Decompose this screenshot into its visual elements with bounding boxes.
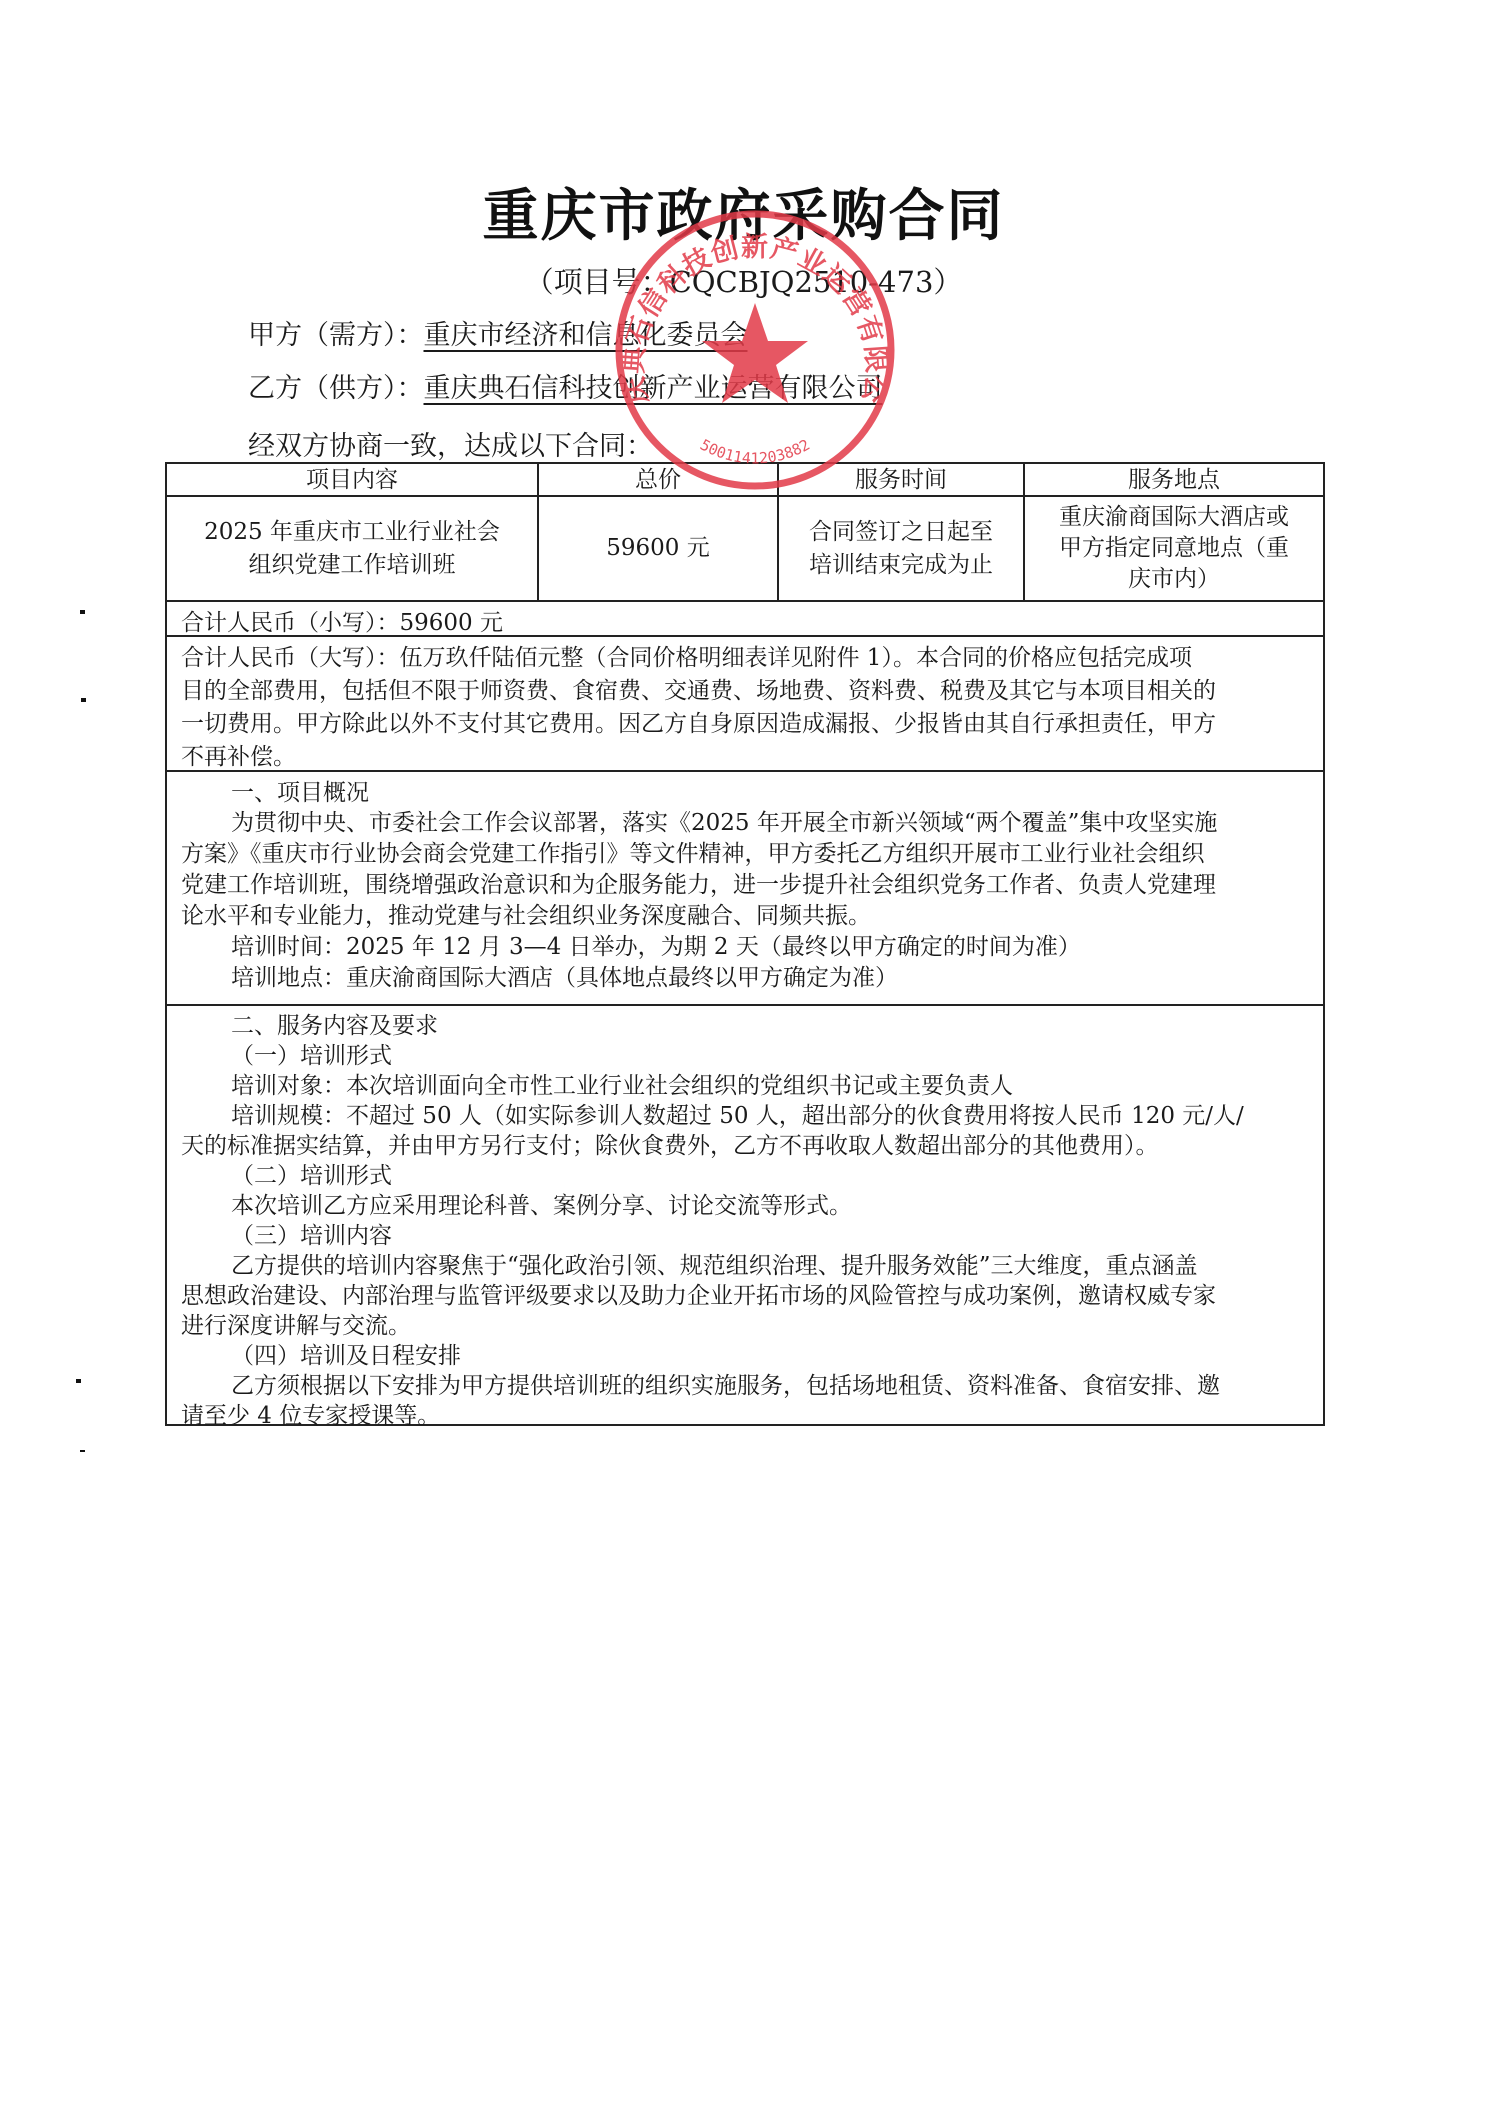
- section1-heading: 一、项目概况: [231, 774, 369, 807]
- scan-mark: [80, 1450, 85, 1452]
- project-number: （项目号：CQCBJQ2510-473）: [0, 260, 1487, 301]
- party-a-label: 甲方（需方）：: [248, 320, 424, 351]
- cell-time-line: 合同签订之日起至: [809, 516, 993, 549]
- party-a-value: 重庆市经济和信息化委员会: [424, 320, 748, 351]
- section1-line: 党建工作培训班，围绕增强政治意识和为企服务能力，进一步提升社会组织党务工作者、负…: [181, 866, 1216, 899]
- section2-line: 培训对象：本次培训面向全市性工业行业社会组织的党组织书记或主要负责人: [231, 1067, 1013, 1100]
- section1-line: 为贯彻中央、市委社会工作会议部署，落实《2025 年开展全市新兴领域“两个覆盖”…: [231, 804, 1217, 837]
- section2-line: 进行深度讲解与交流。: [181, 1307, 411, 1340]
- section2-subheading: （一）培训形式: [231, 1037, 392, 1070]
- header-time: 服务时间: [779, 464, 1023, 496]
- section2-subheading: （四）培训及日程安排: [231, 1337, 461, 1370]
- section1-line: 培训地点：重庆渝商国际大酒店（具体地点最终以甲方确定为准）: [231, 959, 898, 992]
- section2-line: 天的标准据实结算，并由甲方另行支付；除伙食费外，乙方不再收取人数超出部分的其他费…: [181, 1127, 1159, 1160]
- cell-content: 2025 年重庆市工业行业社会 组织党建工作培训班: [167, 497, 537, 600]
- scan-mark: [76, 1379, 81, 1383]
- agreement-statement: 经双方协商一致，达成以下合同：: [248, 424, 653, 463]
- section2-line: 乙方须根据以下安排为甲方提供培训班的组织实施服务，包括场地租赁、资料准备、食宿安…: [231, 1367, 1220, 1400]
- header-location: 服务地点: [1025, 464, 1323, 496]
- section1-line: 方案》《重庆市行业协会商会党建工作指引》等文件精神，甲方委托乙方组织开展市工业行…: [181, 835, 1205, 868]
- scan-mark: [81, 698, 86, 702]
- cell-price: 59600 元: [539, 497, 777, 600]
- section1-line: 论水平和专业能力，推动党建与社会组织业务深度融合、同频共振。: [181, 897, 871, 930]
- contract-title: 重庆市政府采购合同: [0, 172, 1487, 252]
- total-large-line: 不再补偿。: [181, 738, 296, 771]
- section2-line: 培训规模：不超过 50 人（如实际参训人数超过 50 人，超出部分的伙食费用将按…: [231, 1097, 1244, 1130]
- cell-content-line: 组织党建工作培训班: [249, 549, 456, 582]
- total-large-line: 一切费用。甲方除此以外不支付其它费用。因乙方自身原因造成漏报、少报皆由其自行承担…: [181, 705, 1216, 738]
- section2-line: 请至少 4 位专家授课等。: [181, 1397, 440, 1430]
- party-a: 甲方（需方）：重庆市经济和信息化委员会: [248, 313, 748, 352]
- cell-location-line: 重庆渝商国际大酒店或: [1059, 502, 1289, 533]
- scan-mark: [80, 610, 85, 614]
- section2-line: 思想政治建设、内部治理与监管评级要求以及助力企业开拓市场的风险管控与成功案例，邀…: [181, 1277, 1216, 1310]
- header-content: 项目内容: [167, 464, 537, 496]
- party-b-label: 乙方（供方）：: [248, 373, 424, 404]
- party-b-value: 重庆典石信科技创新产业运营有限公司: [424, 373, 883, 404]
- table-divider: [167, 1004, 1323, 1006]
- section2-line: 本次培训乙方应采用理论科普、案例分享、讨论交流等形式。: [231, 1187, 852, 1220]
- total-large-line: 目的全部费用，包括但不限于师资费、食宿费、交通费、场地费、资料费、税费及其它与本…: [181, 672, 1216, 705]
- cell-location: 重庆渝商国际大酒店或 甲方指定同意地点（重 庆市内）: [1025, 497, 1323, 600]
- cell-content-line: 2025 年重庆市工业行业社会: [204, 516, 500, 549]
- header-price: 总价: [539, 464, 777, 496]
- cell-location-line: 甲方指定同意地点（重: [1059, 533, 1289, 564]
- party-b: 乙方（供方）：重庆典石信科技创新产业运营有限公司: [248, 366, 883, 405]
- section2-line: 乙方提供的培训内容聚焦于“强化政治引领、规范组织治理、提升服务效能”三大维度，重…: [231, 1247, 1198, 1280]
- cell-time-line: 培训结束完成为止: [809, 549, 993, 582]
- cell-location-line: 庆市内）: [1128, 564, 1220, 595]
- table-divider: [167, 770, 1323, 772]
- section1-line: 培训时间：2025 年 12 月 3—4 日举办，为期 2 天（最终以甲方确定的…: [231, 928, 1081, 961]
- cell-time: 合同签订之日起至 培训结束完成为止: [779, 497, 1023, 600]
- section2-heading: 二、服务内容及要求: [231, 1007, 438, 1040]
- total-large-line: 合计人民币（大写）：伍万玖仟陆佰元整（合同价格明细表详见附件 1）。本合同的价格…: [181, 639, 1192, 672]
- total-small: 合计人民币（小写）：59600 元: [181, 604, 503, 637]
- table-divider: [167, 600, 1323, 602]
- section2-subheading: （三）培训内容: [231, 1217, 392, 1250]
- section2-subheading: （二）培训形式: [231, 1157, 392, 1190]
- contract-table: 项目内容 总价 服务时间 服务地点 2025 年重庆市工业行业社会 组织党建工作…: [165, 462, 1325, 1426]
